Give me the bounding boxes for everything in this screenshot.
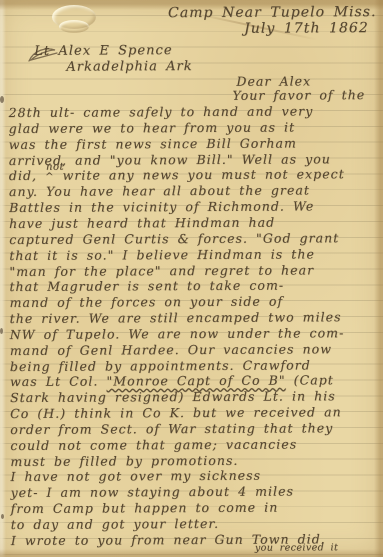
inserted-word: ^not — [45, 168, 55, 183]
body-line: the river. We are still encamped two mil… — [10, 309, 383, 327]
opening-phrase: Your favor of the — [8, 87, 381, 105]
underlined-phrase: "Monroe Capt of Co B" — [106, 373, 285, 389]
body-line: captured Genl Curtis & forces. "God gran… — [9, 230, 382, 248]
closing-line: I wrote to you from near Gun Town did.yo… — [11, 531, 383, 549]
body-line: any. You have hear all about the great — [9, 182, 382, 200]
body-line: Battles in the vicinity of Richmond. We — [9, 198, 382, 216]
underline-before: was Lt Col. — [10, 374, 107, 390]
body-line: Stark having resigned) Edwards Lt. in hi… — [10, 388, 383, 406]
body-line: yet- I am now staying about 4 miles — [11, 483, 383, 501]
body-line: Co (H.) think in Co K. but we received a… — [10, 404, 383, 422]
body-line: mand of the forces on your side of — [10, 293, 383, 311]
body-line: mand of Genl Hardee. Our vacancies now — [10, 341, 383, 359]
underline-after: (Capt — [286, 373, 334, 388]
body-line: "man for the place" and regret to hear — [9, 262, 382, 280]
scanned-letter-image: Camp Near Tupelo Miss. July 17th 1862 Lt… — [0, 0, 383, 557]
body-line: being filled by appointments. Crawford — [10, 357, 383, 375]
body-line: that it is so." I believe Hindman is the — [9, 246, 382, 264]
recipient-name: Lt Alex E Spence — [8, 42, 381, 60]
edge-speck — [0, 328, 3, 334]
body-line: 28th ult- came safely to hand and very — [9, 103, 382, 121]
body-line: order from Sect. of War stating that the… — [10, 420, 383, 438]
body-line: NW of Tupelo. We are now under the com- — [10, 325, 383, 343]
edge-speck — [1, 514, 4, 519]
handwritten-letter-text: Camp Near Tupelo Miss. July 17th 1862 Lt… — [8, 5, 383, 549]
body-line-with-insertion: did, ^not write any news you must not ex… — [9, 166, 382, 184]
body-line: glad were we to hear from you as it — [9, 119, 382, 137]
edge-speck — [0, 96, 4, 103]
body-line: must be filled by promotions. — [10, 452, 383, 470]
inserted-word-text: not — [46, 160, 64, 176]
body-line: from Camp but happen to come in — [11, 499, 383, 517]
body-line: to day and got your letter. — [11, 515, 383, 533]
body-line: was the first news since Bill Gorham — [9, 135, 382, 153]
body-line: I have not got over my sickness — [10, 468, 383, 486]
body-line: that Magruder is sent to take com- — [9, 277, 382, 295]
body-line: could not come that game; vacancies — [10, 436, 383, 454]
insertion-prefix: did, — [9, 168, 45, 183]
body-line: have just heard that Hindman had — [9, 214, 382, 232]
insertion-rest: write any news you must not expect — [54, 167, 344, 184]
recipient-location: Arkadelphia Ark — [8, 58, 381, 76]
body-line: arrived, and "you know Bill." Well as yo… — [9, 151, 382, 169]
dateline-date: July 17th 1862 — [8, 21, 381, 39]
interlined-note: you received it — [255, 540, 338, 556]
body-line-with-underline: was Lt Col. "Monroe Capt of Co B" (Capt — [10, 372, 383, 390]
